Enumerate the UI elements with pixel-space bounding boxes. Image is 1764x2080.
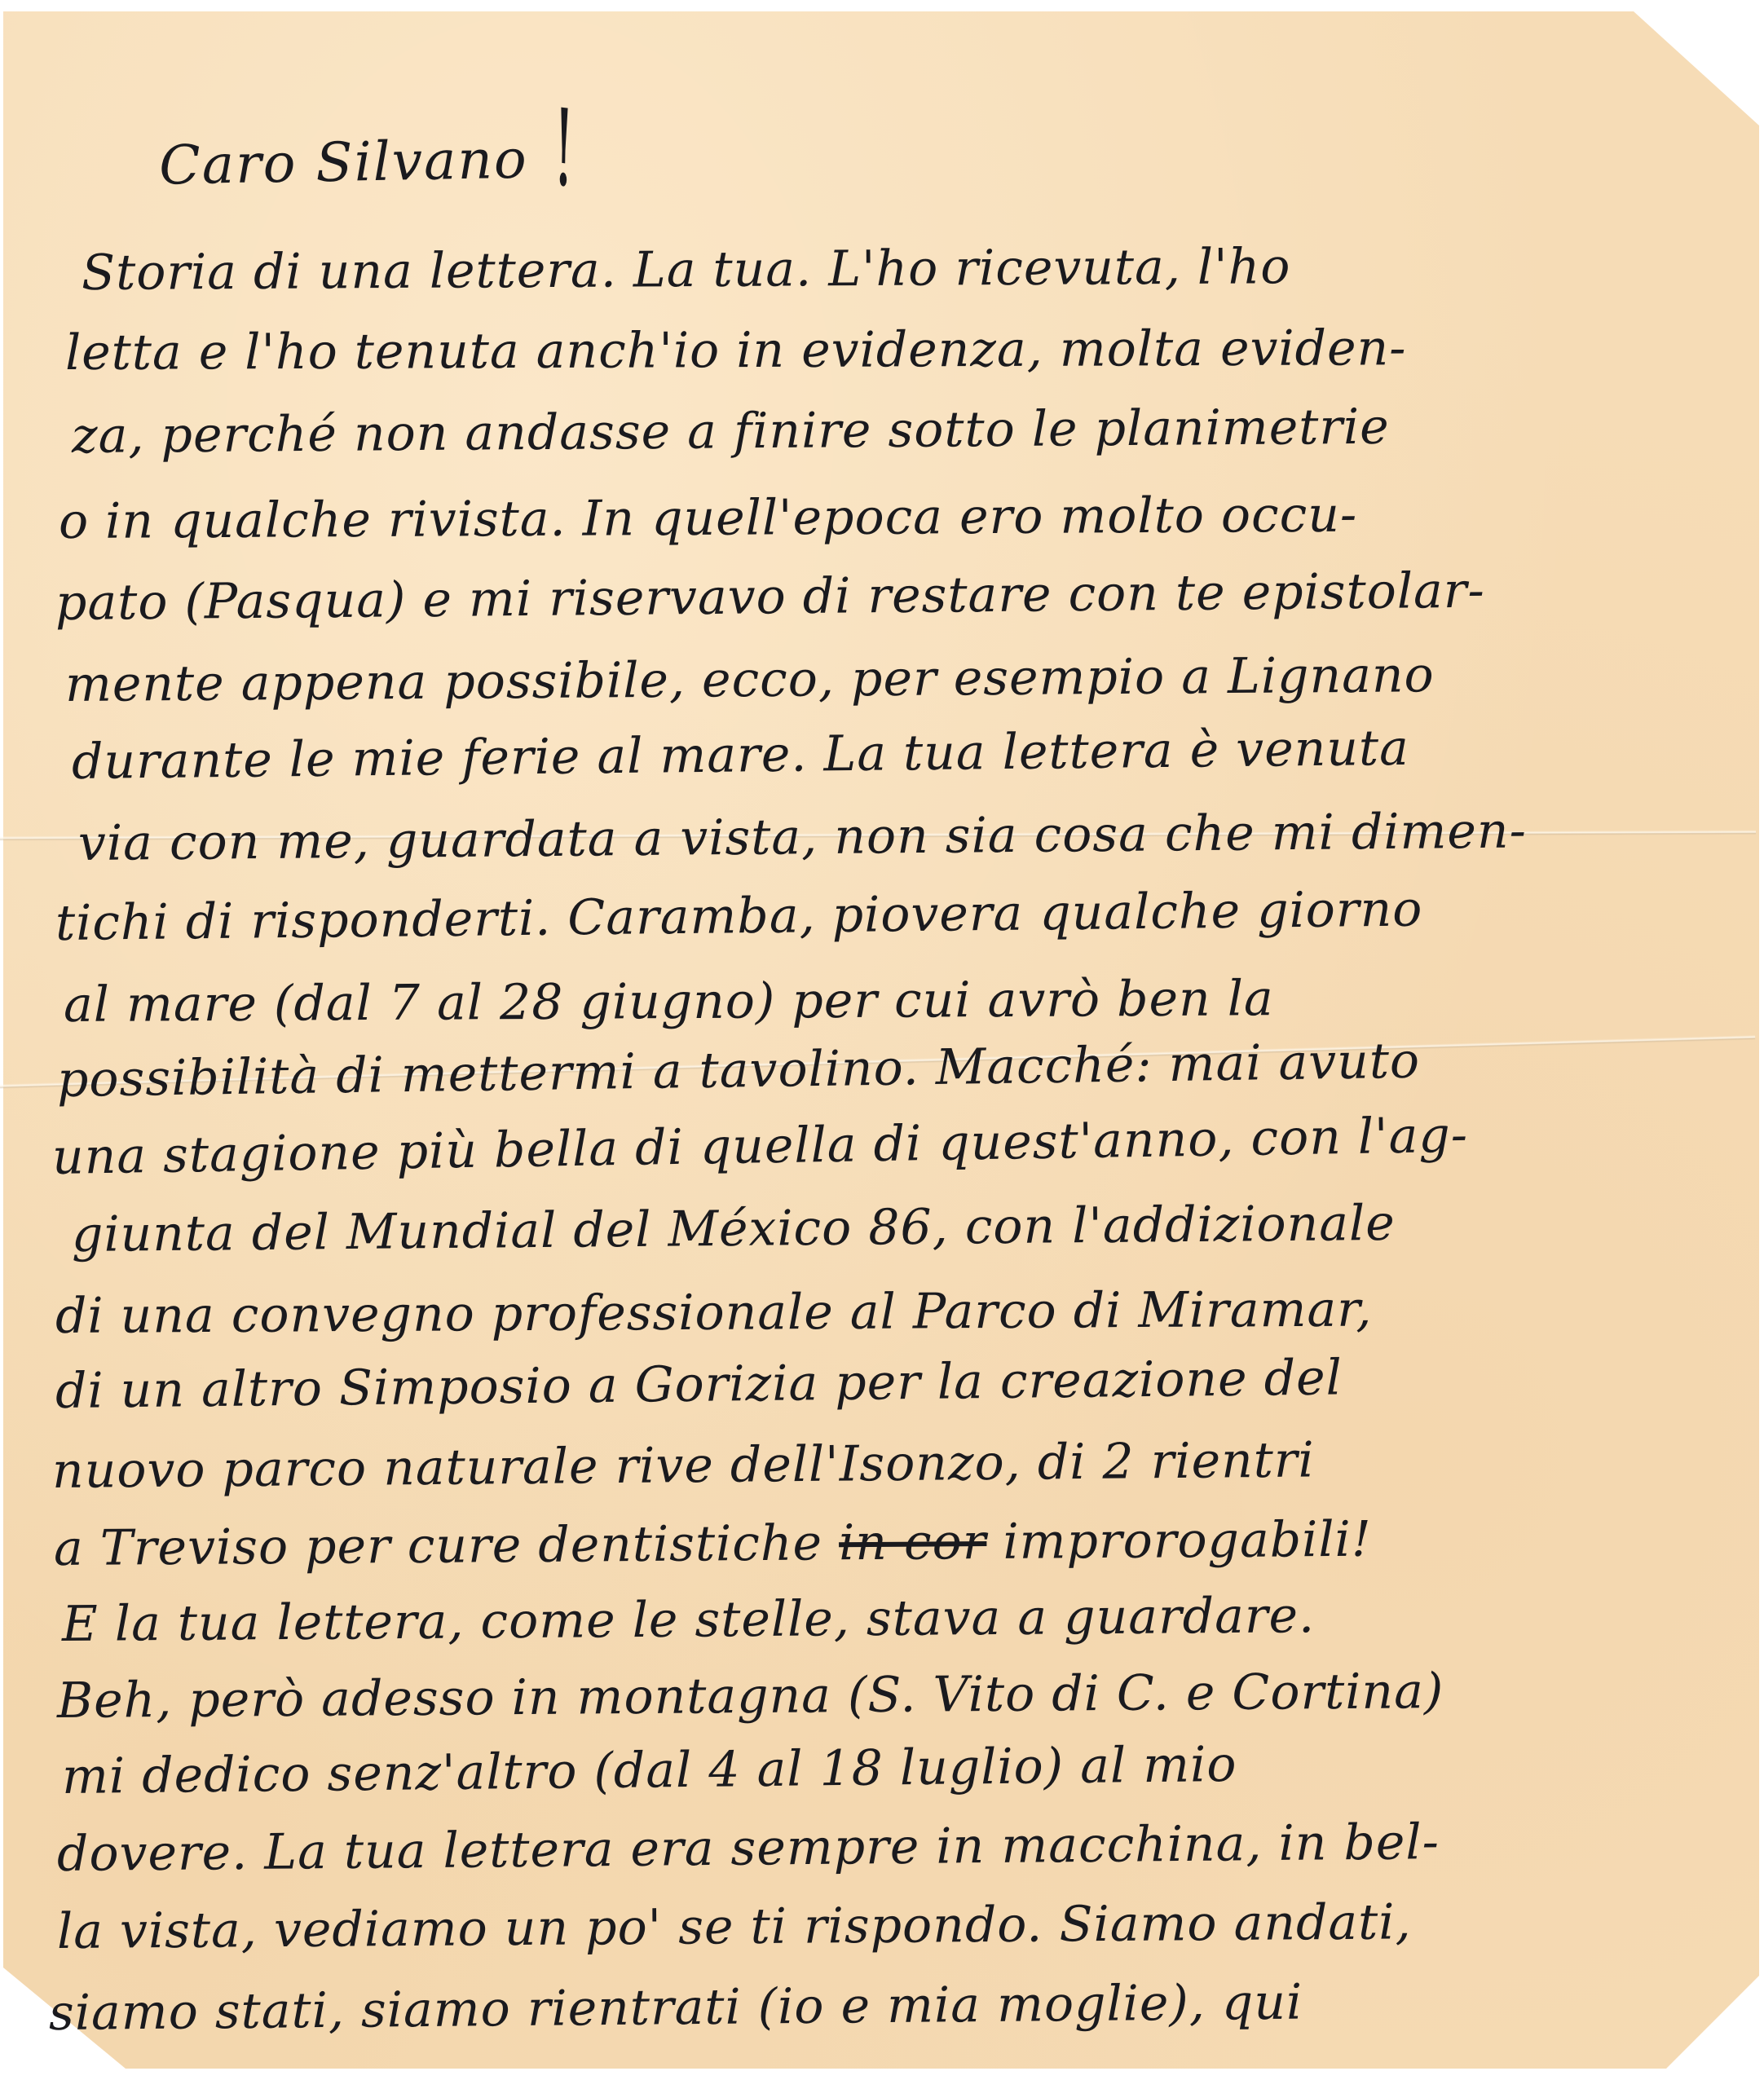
letter-line: la vista, vediamo un po' se ti rispondo.… — [57, 1893, 1412, 1960]
letter-line: mente appena possibile, ecco, per esempi… — [65, 646, 1435, 713]
salutation-exclamation: ! — [553, 85, 577, 211]
struck-out-text: in cor — [839, 1514, 987, 1571]
letter-line: Storia di una lettera. La tua. L'ho rice… — [82, 238, 1291, 302]
letter-line: E la tua lettera, come le stelle, stava … — [62, 1587, 1316, 1653]
letter-line: mi dedico senz'altro (dal 4 al 18 luglio… — [62, 1736, 1237, 1805]
letter-line: tichi di risponderti. Caramba, piovera q… — [55, 880, 1423, 952]
letter-text: a Treviso per cure dentistiche — [54, 1514, 840, 1577]
letter-line: o in qualche rivista. In quell'epoca ero… — [59, 487, 1358, 550]
letter-line: a Treviso per cure dentistiche in cor im… — [54, 1511, 1372, 1577]
letter-line: pato (Pasqua) e mi riservavo di restare … — [55, 562, 1485, 632]
letter-line: Beh, però adesso in montagna (S. Vito di… — [57, 1663, 1444, 1730]
letter-line: al mare (dal 7 al 28 giugno) per cui avr… — [64, 970, 1274, 1033]
letter-line: dovere. La tua lettera era sempre in mac… — [57, 1813, 1440, 1883]
letter-line: di un altro Simposio a Gorizia per la cr… — [55, 1349, 1343, 1420]
letter-line: possibilità di mettermi a tavolino. Macc… — [57, 1033, 1421, 1108]
letter-line: una stagione più bella di quella di ques… — [51, 1107, 1468, 1186]
letter-line: di una convegno professionale al Parco d… — [55, 1281, 1373, 1345]
letter-line: letta e l'ho tenuta anch'io in evidenza,… — [65, 319, 1407, 381]
salutation: Caro Silvano! — [158, 86, 588, 217]
letter-line: durante le mie ferie al mare. La tua let… — [72, 720, 1410, 791]
letter-line: siamo stati, siamo rientrati (io e mia m… — [49, 1974, 1303, 2042]
letter-line: nuovo parco naturale rive dell'Isonzo, d… — [52, 1431, 1315, 1500]
letter-line: via con me, guardata a vista, non sia co… — [78, 802, 1527, 872]
letter-line: za, perché non andasse a finire sotto le… — [72, 399, 1390, 465]
handwritten-letter: Caro Silvano! Storia di una lettera. La … — [0, 0, 1756, 2057]
letter-line: giunta del Mundial del México 86, con l'… — [72, 1195, 1396, 1263]
salutation-text: Caro Silvano — [159, 128, 529, 197]
letter-text: improrogabili! — [986, 1511, 1372, 1571]
